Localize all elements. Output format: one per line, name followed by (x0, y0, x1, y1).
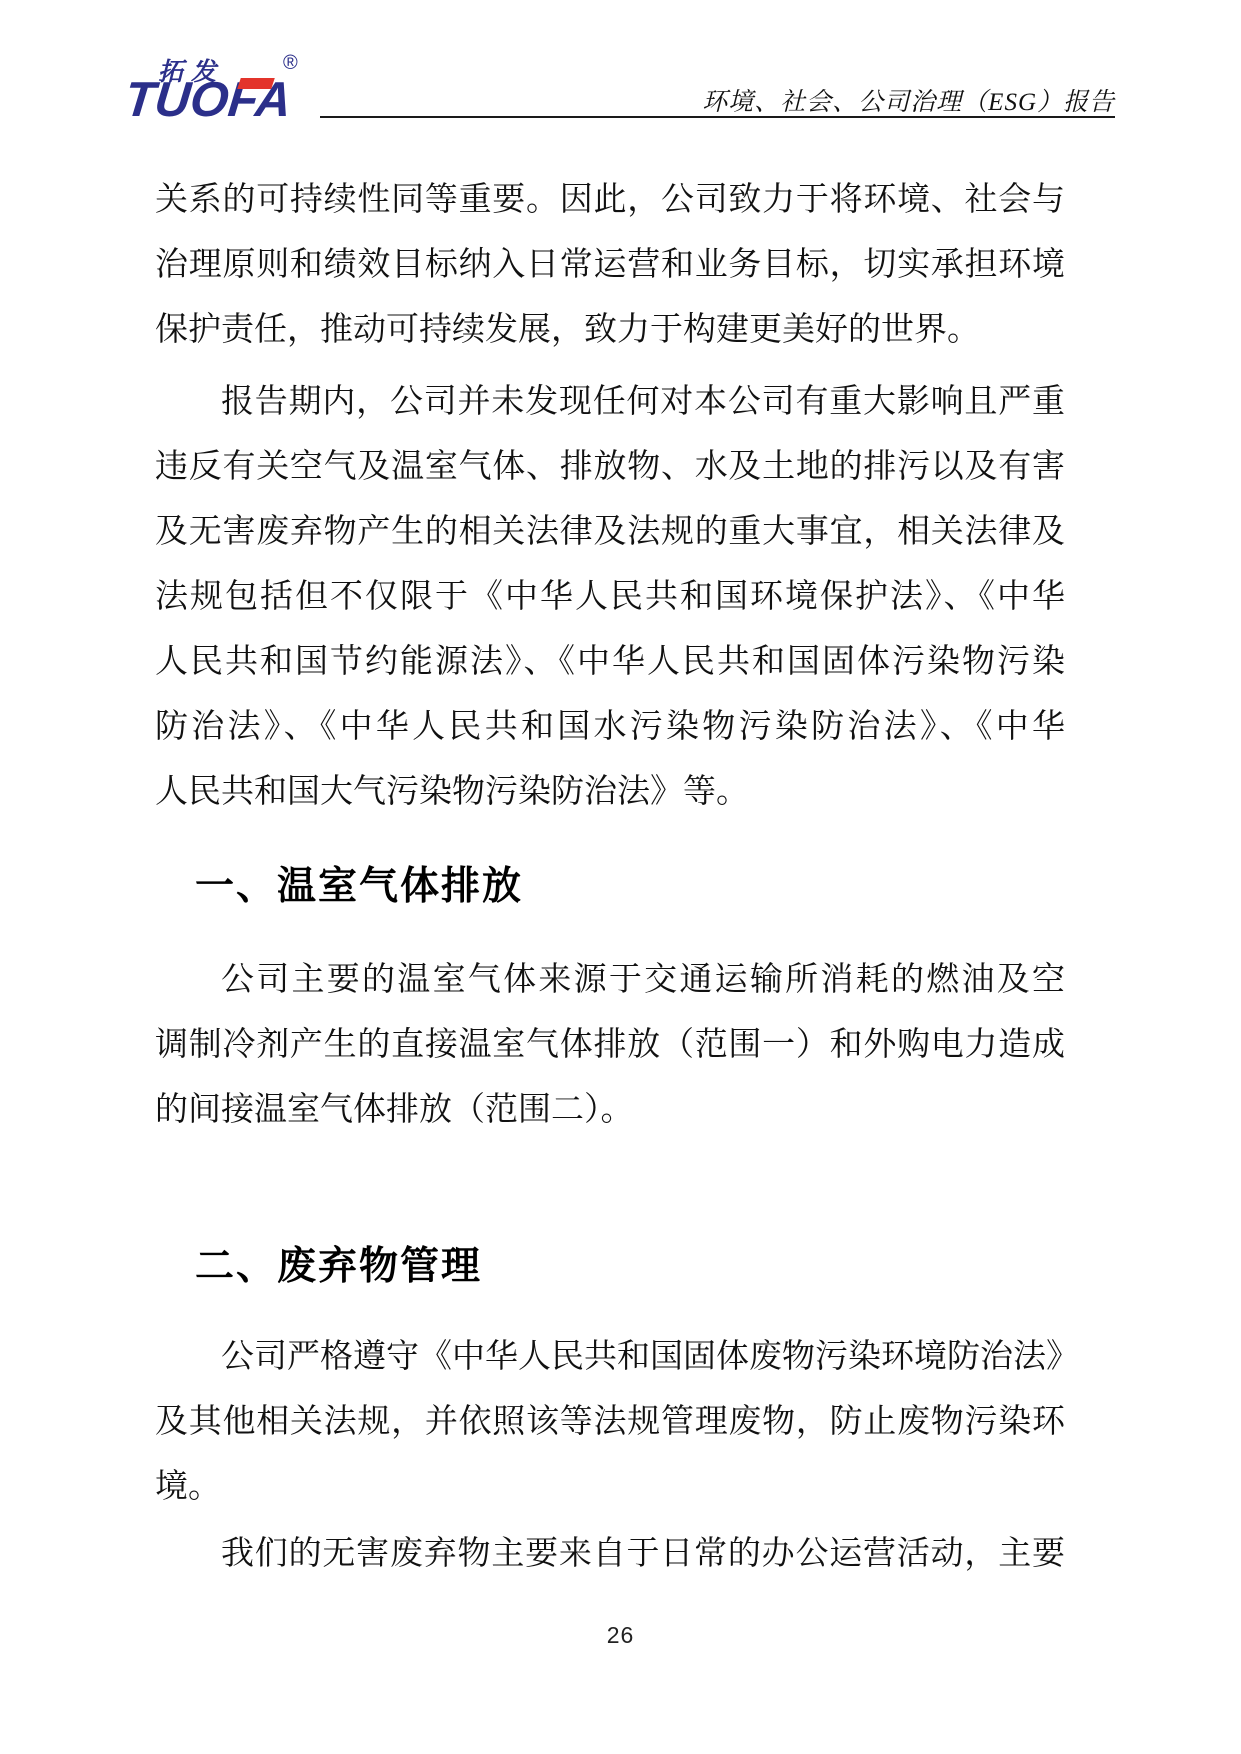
body-paragraph: 公司主要的温室气体来源于交通运输所消耗的燃油及空调制冷剂产生的直接温室气体排放（… (155, 948, 1065, 1143)
text-line: 人民共和国大气污染物污染防治法》等。 (155, 760, 1065, 825)
section-heading-1: 一、温室气体排放 (155, 863, 1065, 911)
company-logo: 拓发 TUOFA ® (123, 50, 333, 146)
text-line: 及无害废弃物产生的相关法律及法规的重大事宜，相关法律及 (155, 500, 1065, 565)
document-page: 拓发 TUOFA ® 环境、社会、公司治理（ESG）报告 关系的可持续性同等重要… (0, 0, 1241, 1754)
text-line: 我们的无害废弃物主要来自于日常的办公运营活动，主要 (155, 1522, 1065, 1587)
body-paragraph: 公司严格遵守《中华人民共和国固体废物污染环境防治法》及其他相关法规，并依照该等法… (155, 1325, 1065, 1520)
text-line: 治理原则和绩效目标纳入日常运营和业务目标，切实承担环境 (155, 233, 1065, 298)
text-line: 的间接温室气体排放（范围二）。 (155, 1078, 1065, 1143)
text-line: 公司主要的温室气体来源于交通运输所消耗的燃油及空 (155, 948, 1065, 1013)
body-paragraph: 报告期内，公司并未发现任何对本公司有重大影响且严重违反有关空气及温室气体、排放物… (155, 370, 1065, 825)
text-line: 境。 (155, 1455, 1065, 1520)
page-number: 26 (0, 1622, 1241, 1649)
section-heading-2: 二、废弃物管理 (155, 1243, 1065, 1291)
text-line: 及其他相关法规，并依照该等法规管理废物，防止废物污染环 (155, 1390, 1065, 1455)
text-line: 调制冷剂产生的直接温室气体排放（范围一）和外购电力造成 (155, 1013, 1065, 1078)
page-header: 拓发 TUOFA ® 环境、社会、公司治理（ESG）报告 (0, 0, 1241, 150)
logo-red-bar (237, 78, 275, 89)
text-line: 防治法》、《中华人民共和国水污染物污染防治法》、《中华 (155, 695, 1065, 760)
text-line: 人民共和国节约能源法》、《中华人民共和国固体污染物污染 (155, 630, 1065, 695)
text-line: 法规包括但不仅限于《中华人民共和国环境保护法》、《中华 (155, 565, 1065, 630)
text-line: 保护责任，推动可持续发展，致力于构建更美好的世界。 (155, 298, 1065, 363)
body-paragraph: 关系的可持续性同等重要。因此，公司致力于将环境、社会与治理原则和绩效目标纳入日常… (155, 168, 1065, 363)
document-body: 关系的可持续性同等重要。因此，公司致力于将环境、社会与治理原则和绩效目标纳入日常… (155, 150, 1065, 1587)
text-line: 违反有关空气及温室气体、排放物、水及土地的排污以及有害 (155, 435, 1065, 500)
text-line: 关系的可持续性同等重要。因此，公司致力于将环境、社会与 (155, 168, 1065, 233)
text-line: 报告期内，公司并未发现任何对本公司有重大影响且严重 (155, 370, 1065, 435)
report-title-header: 环境、社会、公司治理（ESG）报告 (702, 82, 1115, 118)
registered-trademark-icon: ® (283, 52, 298, 75)
body-paragraph: 我们的无害废弃物主要来自于日常的办公运营活动，主要 (155, 1522, 1065, 1587)
text-line: 公司严格遵守《中华人民共和国固体废物污染环境防治法》 (155, 1325, 1065, 1390)
